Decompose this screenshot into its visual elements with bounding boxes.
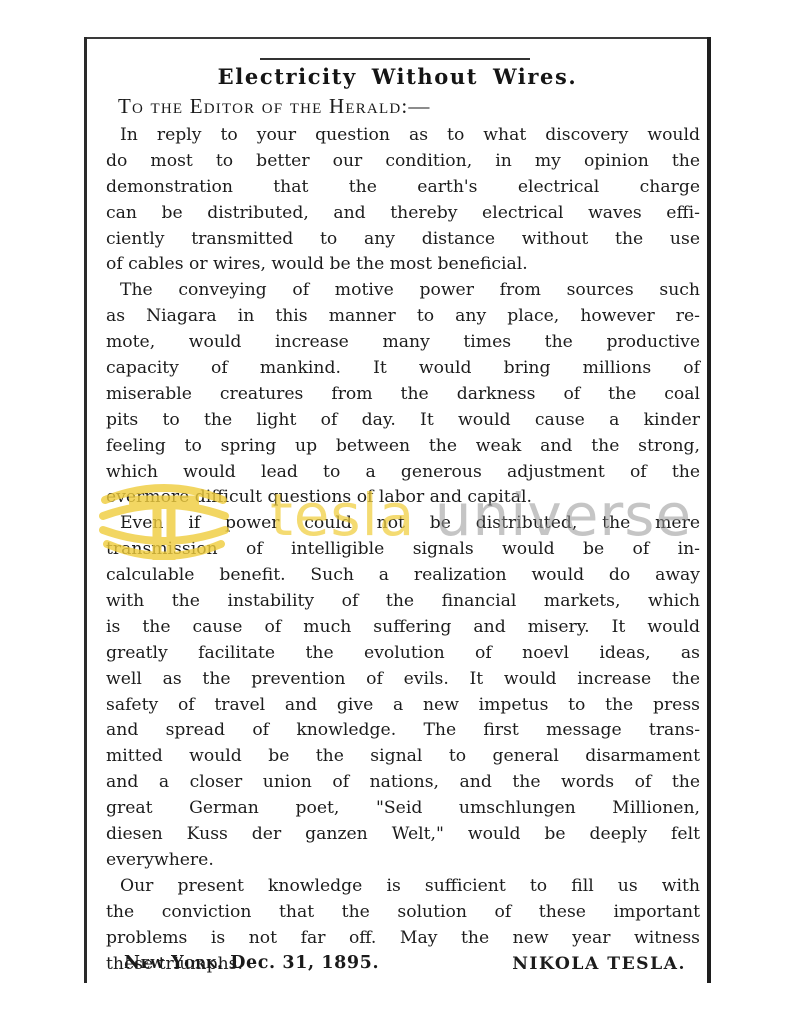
author-signature: NIKOLA TESLA. xyxy=(512,952,700,978)
body-line: and a closer union of nations, and the w… xyxy=(106,770,700,796)
body-line: greatly facilitate the evolution of noev… xyxy=(106,641,700,667)
header-rule xyxy=(260,58,530,60)
body-line: the conviction that the solution of thes… xyxy=(106,900,700,926)
dateline-place: New York. xyxy=(124,953,224,973)
body-line: pits to the light of day. It would cause… xyxy=(106,408,700,434)
body-line: Even if power could not be distributed, … xyxy=(106,511,700,537)
body-line: and spread of knowledge. The first messa… xyxy=(106,718,700,744)
body-line: In reply to your question as to what dis… xyxy=(106,123,700,149)
body-line: calculable benefit. Such a realization w… xyxy=(106,563,700,589)
body-line: which would lead to a generous adjustmen… xyxy=(106,460,700,486)
dateline: New York. Dec. 31, 1895. xyxy=(124,953,379,973)
body-line: of cables or wires, would be the most be… xyxy=(106,252,700,278)
dateline-date: Dec. 31, 1895. xyxy=(230,953,379,973)
body-line: great German poet, "Seid umschlungen Mil… xyxy=(106,796,700,822)
body-line: diesen Kuss der ganzen Welt," would be d… xyxy=(106,822,700,848)
body-line: demonstration that the earth's electrica… xyxy=(106,175,700,201)
frame-top-border xyxy=(84,37,711,39)
body-line: feeling to spring up between the weak an… xyxy=(106,434,700,460)
body-line: miserable creatures from the darkness of… xyxy=(106,382,700,408)
body-line: problems is not far off. May the new yea… xyxy=(106,926,700,952)
body-line: as Niagara in this manner to any place, … xyxy=(106,304,700,330)
body-line: do most to better our condition, in my o… xyxy=(106,149,700,175)
body-line: transmission of intelligible signals wou… xyxy=(106,537,700,563)
body-line: safety of travel and give a new impetus … xyxy=(106,693,700,719)
body-line: mote, would increase many times the prod… xyxy=(106,330,700,356)
salutation: To the Editor of the Herald:— xyxy=(118,94,431,119)
frame-right-border xyxy=(707,37,711,983)
body-line: everywhere. xyxy=(106,848,700,874)
body-line: well as the prevention of evils. It woul… xyxy=(106,667,700,693)
body-line: capacity of mankind. It would bring mill… xyxy=(106,356,700,382)
body-line: evermore difficult questions of labor an… xyxy=(106,485,700,511)
body-line: mitted would be the signal to general di… xyxy=(106,744,700,770)
newspaper-clipping: Electricity Without Wires. To the Editor… xyxy=(84,37,711,983)
article-body: In reply to your question as to what dis… xyxy=(106,123,700,977)
body-line: Our present knowledge is sufficient to f… xyxy=(106,874,700,900)
article-headline: Electricity Without Wires. xyxy=(84,64,711,89)
body-line: ciently transmitted to any distance with… xyxy=(106,227,700,253)
body-line: can be distributed, and thereby electric… xyxy=(106,201,700,227)
body-line: The conveying of motive power from sourc… xyxy=(106,278,700,304)
frame-left-border xyxy=(84,37,87,983)
body-line: is the cause of much suffering and miser… xyxy=(106,615,700,641)
body-line: with the instability of the financial ma… xyxy=(106,589,700,615)
